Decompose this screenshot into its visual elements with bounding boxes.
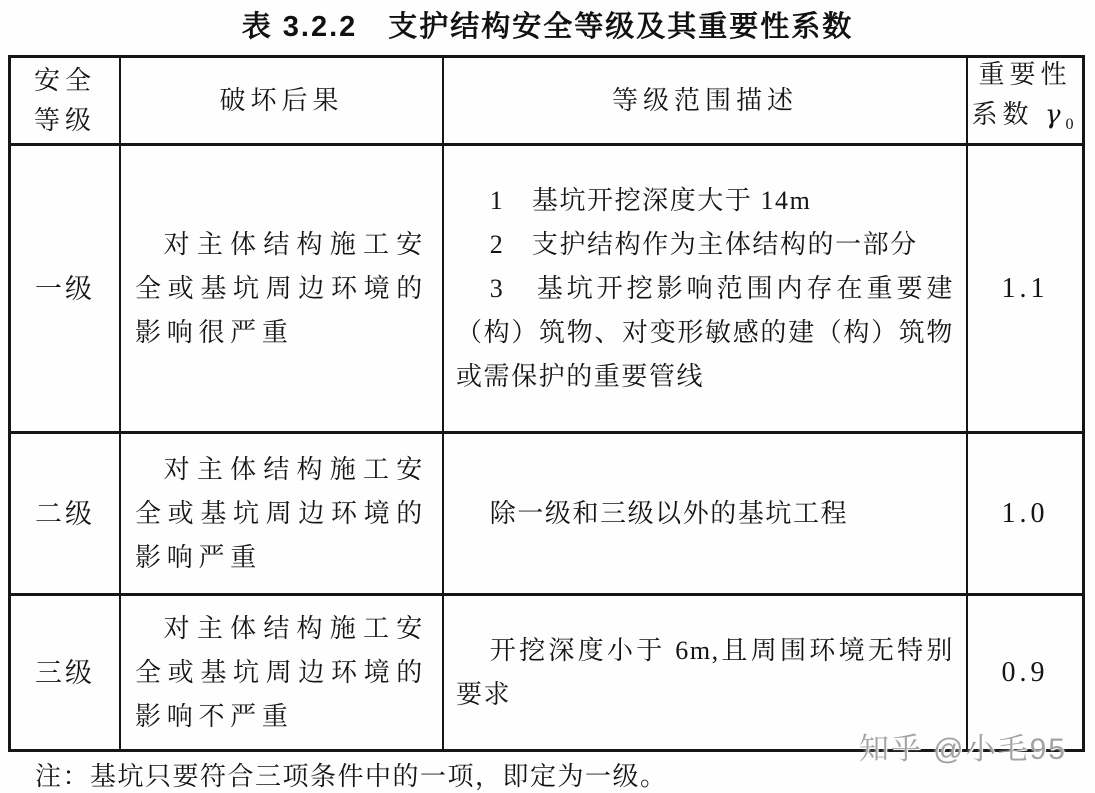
header-grade-scope-description: 等级范围描述 <box>444 58 968 146</box>
description-item-3: 3 基坑开挖影响范围内存在重要建（构）筑物、对变形敏感的建（构）筑物或需保护的重… <box>456 267 954 399</box>
gamma-subscript: 0 <box>1066 117 1079 134</box>
consequence-cell-level3: 对主体结构施工安全或基坑周边环境的影响不严重 <box>121 596 444 749</box>
factor-cell-level2: 1.0 <box>968 434 1082 596</box>
safety-grade-table: 安全 等级 破坏后果 等级范围描述 重要性 系数 γ0 一级 对主体结构施工安全… <box>8 55 1085 752</box>
description-item-1: 1 基坑开挖深度大于 14m <box>456 179 954 223</box>
consequence-cell-level2: 对主体结构施工安全或基坑周边环境的影响严重 <box>121 434 444 596</box>
importance-factor-prefix: 系数 <box>971 100 1045 129</box>
zhihu-watermark: 知乎 @小毛95 <box>859 724 1067 768</box>
table-footnote: 注：基坑只要符合三项条件中的一项，即定为一级。 <box>35 756 668 793</box>
header-failure-consequence: 破坏后果 <box>121 58 444 146</box>
header-safety-grade-line2: 等级 <box>34 101 96 141</box>
header-importance-factor-line2: 系数 γ0 <box>971 95 1078 145</box>
factor-cell-level1: 1.1 <box>968 146 1082 434</box>
header-safety-grade: 安全 等级 <box>11 58 121 146</box>
header-importance-factor-line1: 重要性 <box>978 55 1071 95</box>
grade-cell-level3: 三级 <box>11 596 121 749</box>
consequence-cell-level1: 对主体结构施工安全或基坑周边环境的影响很严重 <box>121 146 444 434</box>
description-item-level2: 除一级和三级以外的基坑工程 <box>456 492 954 536</box>
consequence-text-level3: 对主体结构施工安全或基坑周边环境的影响不严重 <box>135 607 428 739</box>
description-cell-level2: 除一级和三级以外的基坑工程 <box>444 434 968 596</box>
grade-cell-level1: 一级 <box>11 146 121 434</box>
header-safety-grade-line1: 安全 <box>34 61 96 101</box>
consequence-text-level2: 对主体结构施工安全或基坑周边环境的影响严重 <box>135 448 428 580</box>
header-grade-scope-description-label: 等级范围描述 <box>612 81 798 121</box>
document-page: 表 3.2.2 支护结构安全等级及其重要性系数 安全 等级 破坏后果 等级范围描… <box>0 0 1095 793</box>
grade-cell-level2: 二级 <box>11 434 121 596</box>
description-cell-level1: 1 基坑开挖深度大于 14m 2 支护结构作为主体结构的一部分 3 基坑开挖影响… <box>444 146 968 434</box>
gamma-symbol: γ <box>1045 100 1066 130</box>
consequence-text-level1: 对主体结构施工安全或基坑周边环境的影响很严重 <box>135 223 428 355</box>
description-item-level3: 开挖深度小于 6m,且周围环境无特别要求 <box>456 629 954 717</box>
header-importance-factor: 重要性 系数 γ0 <box>968 58 1082 146</box>
description-item-2: 2 支护结构作为主体结构的一部分 <box>456 223 954 267</box>
table-title: 表 3.2.2 支护结构安全等级及其重要性系数 <box>0 4 1095 45</box>
header-failure-consequence-label: 破坏后果 <box>219 81 343 121</box>
